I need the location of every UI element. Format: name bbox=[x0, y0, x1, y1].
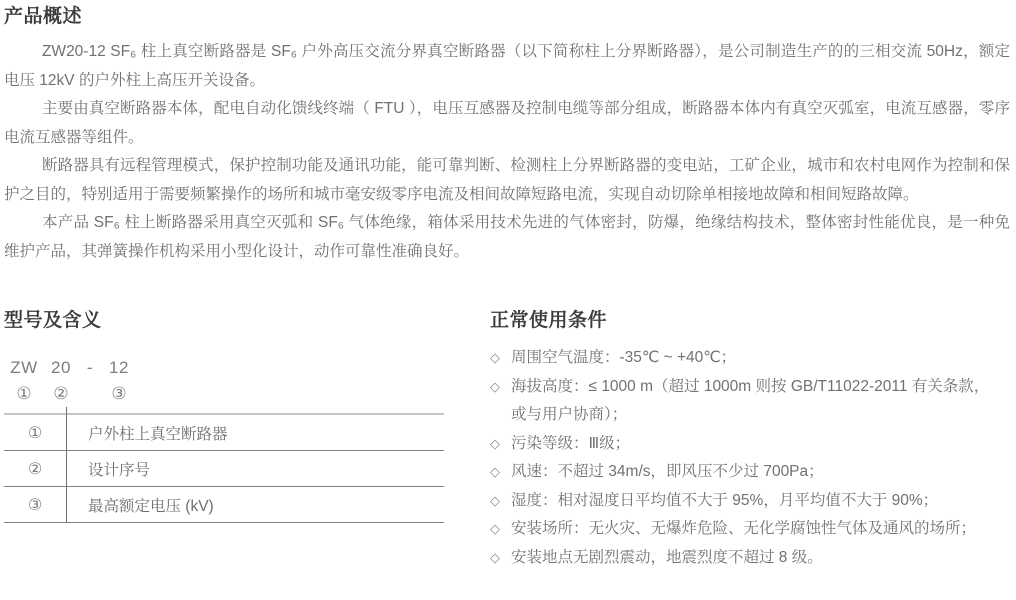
diamond-bullet-icon: ◇ bbox=[490, 430, 511, 459]
condition-text: 污染等级：Ⅲ级； bbox=[511, 430, 630, 459]
model-code-token: ZW bbox=[4, 358, 44, 378]
overview-paragraph: 本产品 SF₆ 柱上断路器采用真空灭弧和 SF₆ 气体绝缘，箱体采用技术先进的气… bbox=[4, 209, 1010, 266]
overview-paragraph: 断路器具有远程管理模式，保护控制功能及通讯功能，能可靠判断、检测柱上分界断路器的… bbox=[4, 152, 1010, 209]
marker-spacer bbox=[78, 384, 102, 404]
condition-text: 湿度：相对湿度日平均值不大于 95%，月平均值不大于 90%； bbox=[511, 487, 938, 516]
condition-text: 安装场所：无火灾、无爆炸危险、无化学腐蚀性气体及通风的场所； bbox=[511, 515, 976, 544]
model-table: ① 户外柱上真空断路器 ② 设计序号 ③ 最高额定电压 (kV) bbox=[4, 413, 444, 523]
condition-item: ◇ 安装地点无剧烈震动，地震烈度不超过 8 级。 bbox=[490, 544, 1010, 573]
table-row-desc: 最高额定电压 (kV) bbox=[66, 494, 214, 516]
diamond-bullet-icon: ◇ bbox=[490, 373, 511, 402]
conditions-title: 正常使用条件 bbox=[490, 310, 1010, 332]
overview-paragraphs: ZW20-12 SF₆ 柱上真空断路器是 SF₆ 户外高压交流分界真空断路器（以… bbox=[4, 38, 1010, 266]
circled-number-icon: ③ bbox=[102, 384, 136, 404]
model-title: 型号及含义 bbox=[4, 310, 464, 332]
condition-text: 安装地点无剧烈震动，地震烈度不超过 8 级。 bbox=[511, 544, 823, 573]
table-row: ② 设计序号 bbox=[4, 451, 444, 487]
diamond-bullet-icon: ◇ bbox=[490, 487, 511, 516]
model-markers: ① ② ③ bbox=[4, 384, 464, 404]
circled-number-icon: ② bbox=[44, 384, 78, 404]
condition-item: ◇ 风速：不超过 34m/s，即风压不少过 700Pa； bbox=[490, 458, 1010, 487]
model-code-token: 20 bbox=[44, 358, 78, 378]
diamond-bullet-icon: ◇ bbox=[490, 515, 511, 544]
model-code: ZW 20 - 12 bbox=[4, 358, 464, 378]
condition-item: ◇ 周围空气温度：-35℃ ~ +40℃； bbox=[490, 344, 1010, 373]
model-code-token: 12 bbox=[102, 358, 136, 378]
lower-columns: 型号及含义 ZW 20 - 12 ① ② ③ ① 户外柱上真空断路器 ② bbox=[4, 310, 1010, 572]
diamond-bullet-icon: ◇ bbox=[490, 344, 511, 373]
diamond-bullet-icon: ◇ bbox=[490, 458, 511, 487]
conditions-section: 正常使用条件 ◇ 周围空气温度：-35℃ ~ +40℃； ◇ 海拔高度：≤ 10… bbox=[490, 310, 1010, 572]
overview-title: 产品概述 bbox=[4, 6, 1010, 28]
conditions-list: ◇ 周围空气温度：-35℃ ~ +40℃； ◇ 海拔高度：≤ 1000 m（超过… bbox=[490, 344, 1010, 572]
table-row: ① 户外柱上真空断路器 bbox=[4, 415, 444, 451]
table-row-desc: 户外柱上真空断路器 bbox=[66, 422, 228, 444]
model-section: 型号及含义 ZW 20 - 12 ① ② ③ ① 户外柱上真空断路器 ② bbox=[4, 310, 464, 572]
table-row-number: ③ bbox=[4, 495, 66, 515]
table-row-number: ① bbox=[4, 423, 66, 443]
condition-text: 周围空气温度：-35℃ ~ +40℃； bbox=[511, 344, 736, 373]
overview-paragraph: 主要由真空断路器本体，配电自动化馈线终端（ FTU ），电压互感器及控制电缆等部… bbox=[4, 95, 1010, 152]
condition-item: ◇ 海拔高度：≤ 1000 m（超过 1000m 则按 GB/T11022-20… bbox=[490, 373, 1010, 402]
overview-section: 产品概述 ZW20-12 SF₆ 柱上真空断路器是 SF₆ 户外高压交流分界真空… bbox=[4, 6, 1010, 266]
circled-number-icon: ① bbox=[4, 384, 44, 404]
condition-item: ◇ 污染等级：Ⅲ级； bbox=[490, 430, 1010, 459]
table-row-desc: 设计序号 bbox=[66, 458, 150, 480]
condition-text: 或与用户协商）； bbox=[511, 401, 627, 430]
condition-text: 海拔高度：≤ 1000 m（超过 1000m 则按 GB/T11022-2011… bbox=[511, 373, 989, 402]
condition-item-continuation: 或与用户协商）； bbox=[490, 401, 1010, 430]
condition-item: ◇ 湿度：相对湿度日平均值不大于 95%，月平均值不大于 90%； bbox=[490, 487, 1010, 516]
document-page: 产品概述 ZW20-12 SF₆ 柱上真空断路器是 SF₆ 户外高压交流分界真空… bbox=[0, 0, 1016, 600]
table-row-number: ② bbox=[4, 459, 66, 479]
condition-text: 风速：不超过 34m/s，即风压不少过 700Pa； bbox=[511, 458, 824, 487]
overview-paragraph: ZW20-12 SF₆ 柱上真空断路器是 SF₆ 户外高压交流分界真空断路器（以… bbox=[4, 38, 1010, 95]
model-code-token: - bbox=[78, 358, 102, 378]
condition-item: ◇ 安装场所：无火灾、无爆炸危险、无化学腐蚀性气体及通风的场所； bbox=[490, 515, 1010, 544]
diamond-bullet-icon: ◇ bbox=[490, 544, 511, 573]
table-row: ③ 最高额定电压 (kV) bbox=[4, 487, 444, 523]
